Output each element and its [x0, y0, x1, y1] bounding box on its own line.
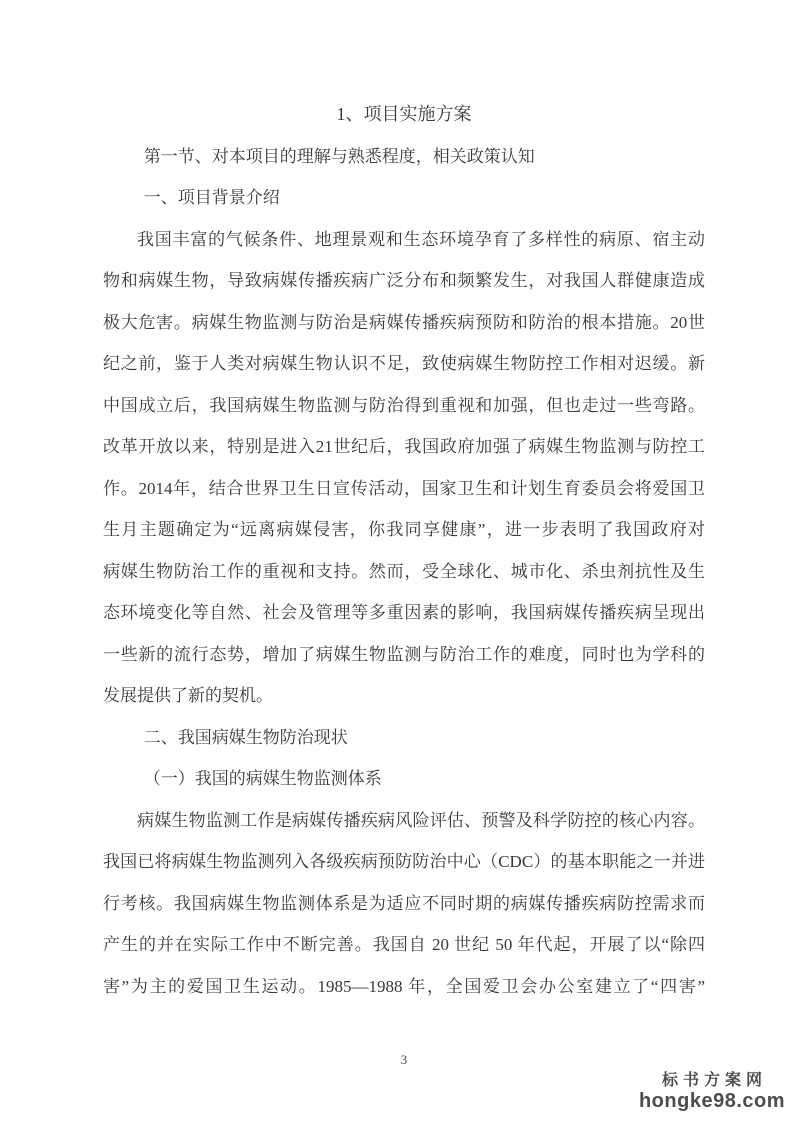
paragraph-line: 作。2014年，结合世界卫生日宣传活动，国家卫生和计划生育委员会将爱国卫	[103, 468, 705, 510]
paragraph-line: 态环境变化等自然、社会及管理等多重因素的影响，我国病媒传播疾病呈现出	[103, 592, 705, 634]
paragraph-line: 病媒生物防治工作的重视和支持。然而，受全球化、城市化、杀虫剂抗性及生	[103, 551, 705, 593]
paragraph-line: 纪之前，鉴于人类对病媒生物认识不足，致使病媒生物防控工作相对迟缓。新	[103, 343, 705, 385]
paragraph-line: 我国丰富的气候条件、地理景观和生态环境孕育了多样性的病原、宿主动	[103, 219, 705, 261]
paragraph-line: 极大危害。病媒生物监测与防治是病媒传播疾病预防和防治的根本措施。20世	[103, 302, 705, 344]
paragraph-line: 我国已将病媒生物监测列入各级疾病预防防治中心（CDC）的基本职能之一并进	[103, 841, 705, 883]
paragraph-line: 害”为主的爱国卫生运动。1985—1988 年，全国爱卫会办公室建立了“四害”	[103, 966, 705, 1008]
paragraph-line: 生月主题确定为“远离病媒侵害，你我同享健康”，进一步表明了我国政府对	[103, 509, 705, 551]
paragraph-line: 改革开放以来，特别是进入21世纪后，我国政府加强了病媒生物监测与防控工	[103, 426, 705, 468]
document-title: 1、项目实施方案	[103, 94, 705, 136]
paragraph-line: 行考核。我国病媒生物监测体系是为适应不同时期的病媒传播疾病防控需求而	[103, 883, 705, 925]
paragraph-project-background: 我国丰富的气候条件、地理景观和生态环境孕育了多样性的病原、宿主动物和病媒生物，导…	[103, 219, 705, 717]
paragraph-monitoring-system: 病媒生物监测工作是病媒传播疾病风险评估、预警及科学防控的核心内容。我国已将病媒生…	[103, 800, 705, 1008]
page-number: 3	[103, 1050, 705, 1070]
paragraph-line: 产生的并在实际工作中不断完善。我国自 20 世纪 50 年代起，开展了以“除四	[103, 924, 705, 966]
paragraph-line: 发展提供了新的契机。	[103, 675, 705, 717]
paragraph-line: 物和病媒生物，导致病媒传播疾病广泛分布和频繁发生，对我国人群健康造成	[103, 260, 705, 302]
document-page: 1、项目实施方案 第一节、对本项目的理解与熟悉程度，相关政策认知 一、项目背景介…	[0, 0, 793, 1122]
subheading-monitoring-system: （一）我国的病媒生物监测体系	[103, 758, 705, 800]
paragraph-line: 病媒生物监测工作是病媒传播疾病风险评估、预警及科学防控的核心内容。	[103, 800, 705, 842]
subheading-project-background: 一、项目背景介绍	[103, 177, 705, 219]
watermark-site-name: 标书方案网	[639, 1072, 785, 1090]
section-heading: 第一节、对本项目的理解与熟悉程度，相关政策认知	[103, 136, 705, 178]
paragraph-line: 中国成立后，我国病媒生物监测与防治得到重视和加强，但也走过一些弯路。	[103, 385, 705, 427]
paragraph-line: 一些新的流行态势，增加了病媒生物监测与防治工作的难度，同时也为学科的	[103, 634, 705, 676]
watermark-site-url: hongke98.com	[639, 1090, 785, 1112]
document-content: 1、项目实施方案 第一节、对本项目的理解与熟悉程度，相关政策认知 一、项目背景介…	[0, 0, 793, 1007]
subheading-vector-control-status: 二、我国病媒生物防治现状	[103, 717, 705, 759]
watermark-logo: 标书方案网 hongke98.com	[639, 1072, 785, 1112]
